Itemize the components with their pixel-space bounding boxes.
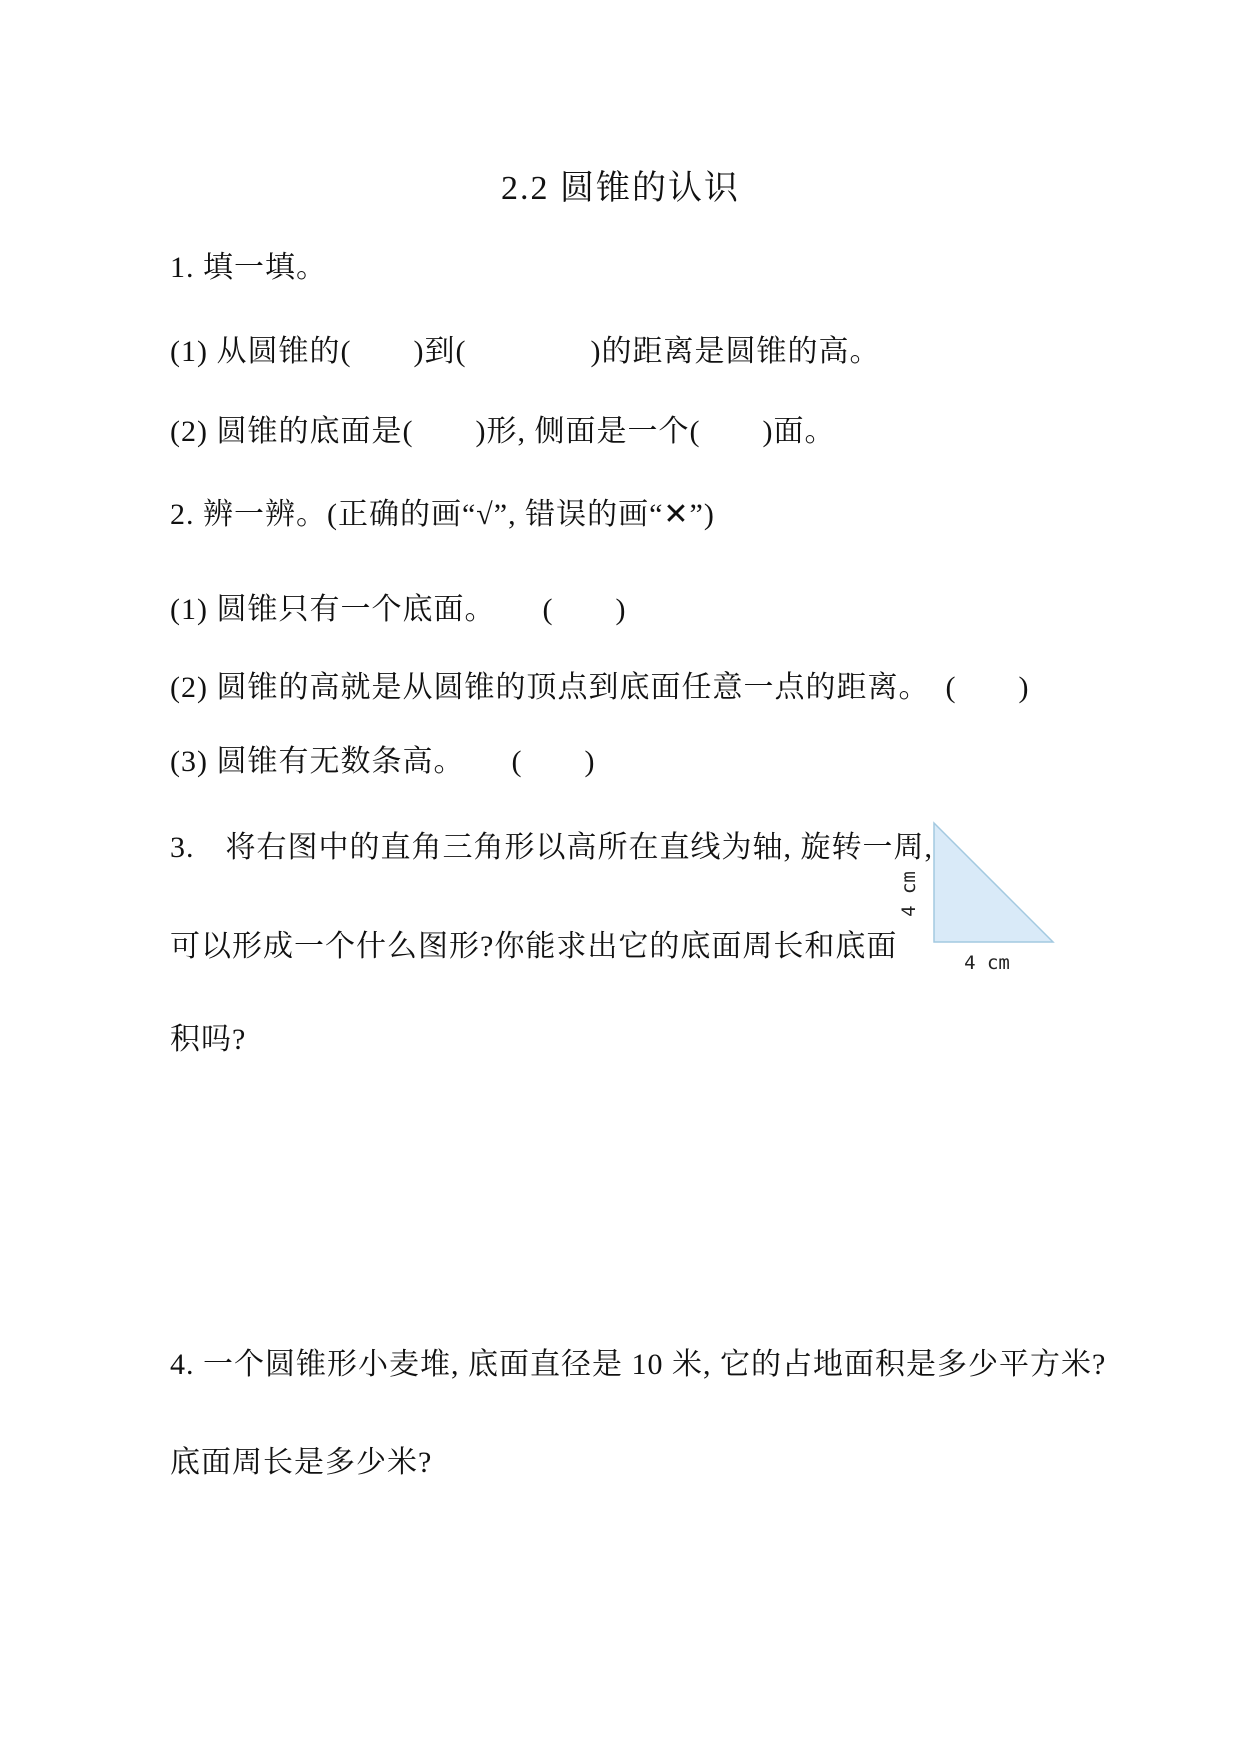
q2-item-2: (2) 圆锥的高就是从圆锥的顶点到底面任意一点的距离。 ( ) xyxy=(170,670,1029,706)
q1-item-1: (1) 从圆锥的( )到( )的距离是圆锥的高。 xyxy=(170,334,880,370)
page-title: 2.2 圆锥的认识 xyxy=(0,160,1241,209)
q2-item-3: (3) 圆锥有无数条高。 ( ) xyxy=(170,744,595,780)
q2-heading: 2. 辨一辨。(正确的画“√”, 错误的画“✕”) xyxy=(170,497,715,533)
q3-line-2: 可以形成一个什么图形?你能求出它的底面周长和底面 xyxy=(170,929,897,965)
q3-line-3: 积吗? xyxy=(170,1022,246,1058)
q1-heading: 1. 填一填。 xyxy=(170,250,327,286)
triangle-height-label: 4 cm xyxy=(898,871,920,917)
q4-line-2: 底面周长是多少米? xyxy=(170,1445,432,1481)
q2-item-1: (1) 圆锥只有一个底面。 ( ) xyxy=(170,592,626,628)
q1-item-2: (2) 圆锥的底面是( )形, 侧面是一个( )面。 xyxy=(170,414,835,450)
q3-line-1: 3. 将右图中的直角三角形以高所在直线为轴, 旋转一周, xyxy=(170,830,933,866)
right-triangle-diagram: 4 cm 4 cm xyxy=(875,806,1085,984)
triangle-base-label: 4 cm xyxy=(964,952,1010,974)
worksheet-page: 2.2 圆锥的认识 1. 填一填。 (1) 从圆锥的( )到( )的距离是圆锥的… xyxy=(0,0,1241,1754)
triangle-shape xyxy=(934,823,1053,942)
q4-line-1: 4. 一个圆锥形小麦堆, 底面直径是 10 米, 它的占地面积是多少平方米? xyxy=(170,1347,1106,1383)
